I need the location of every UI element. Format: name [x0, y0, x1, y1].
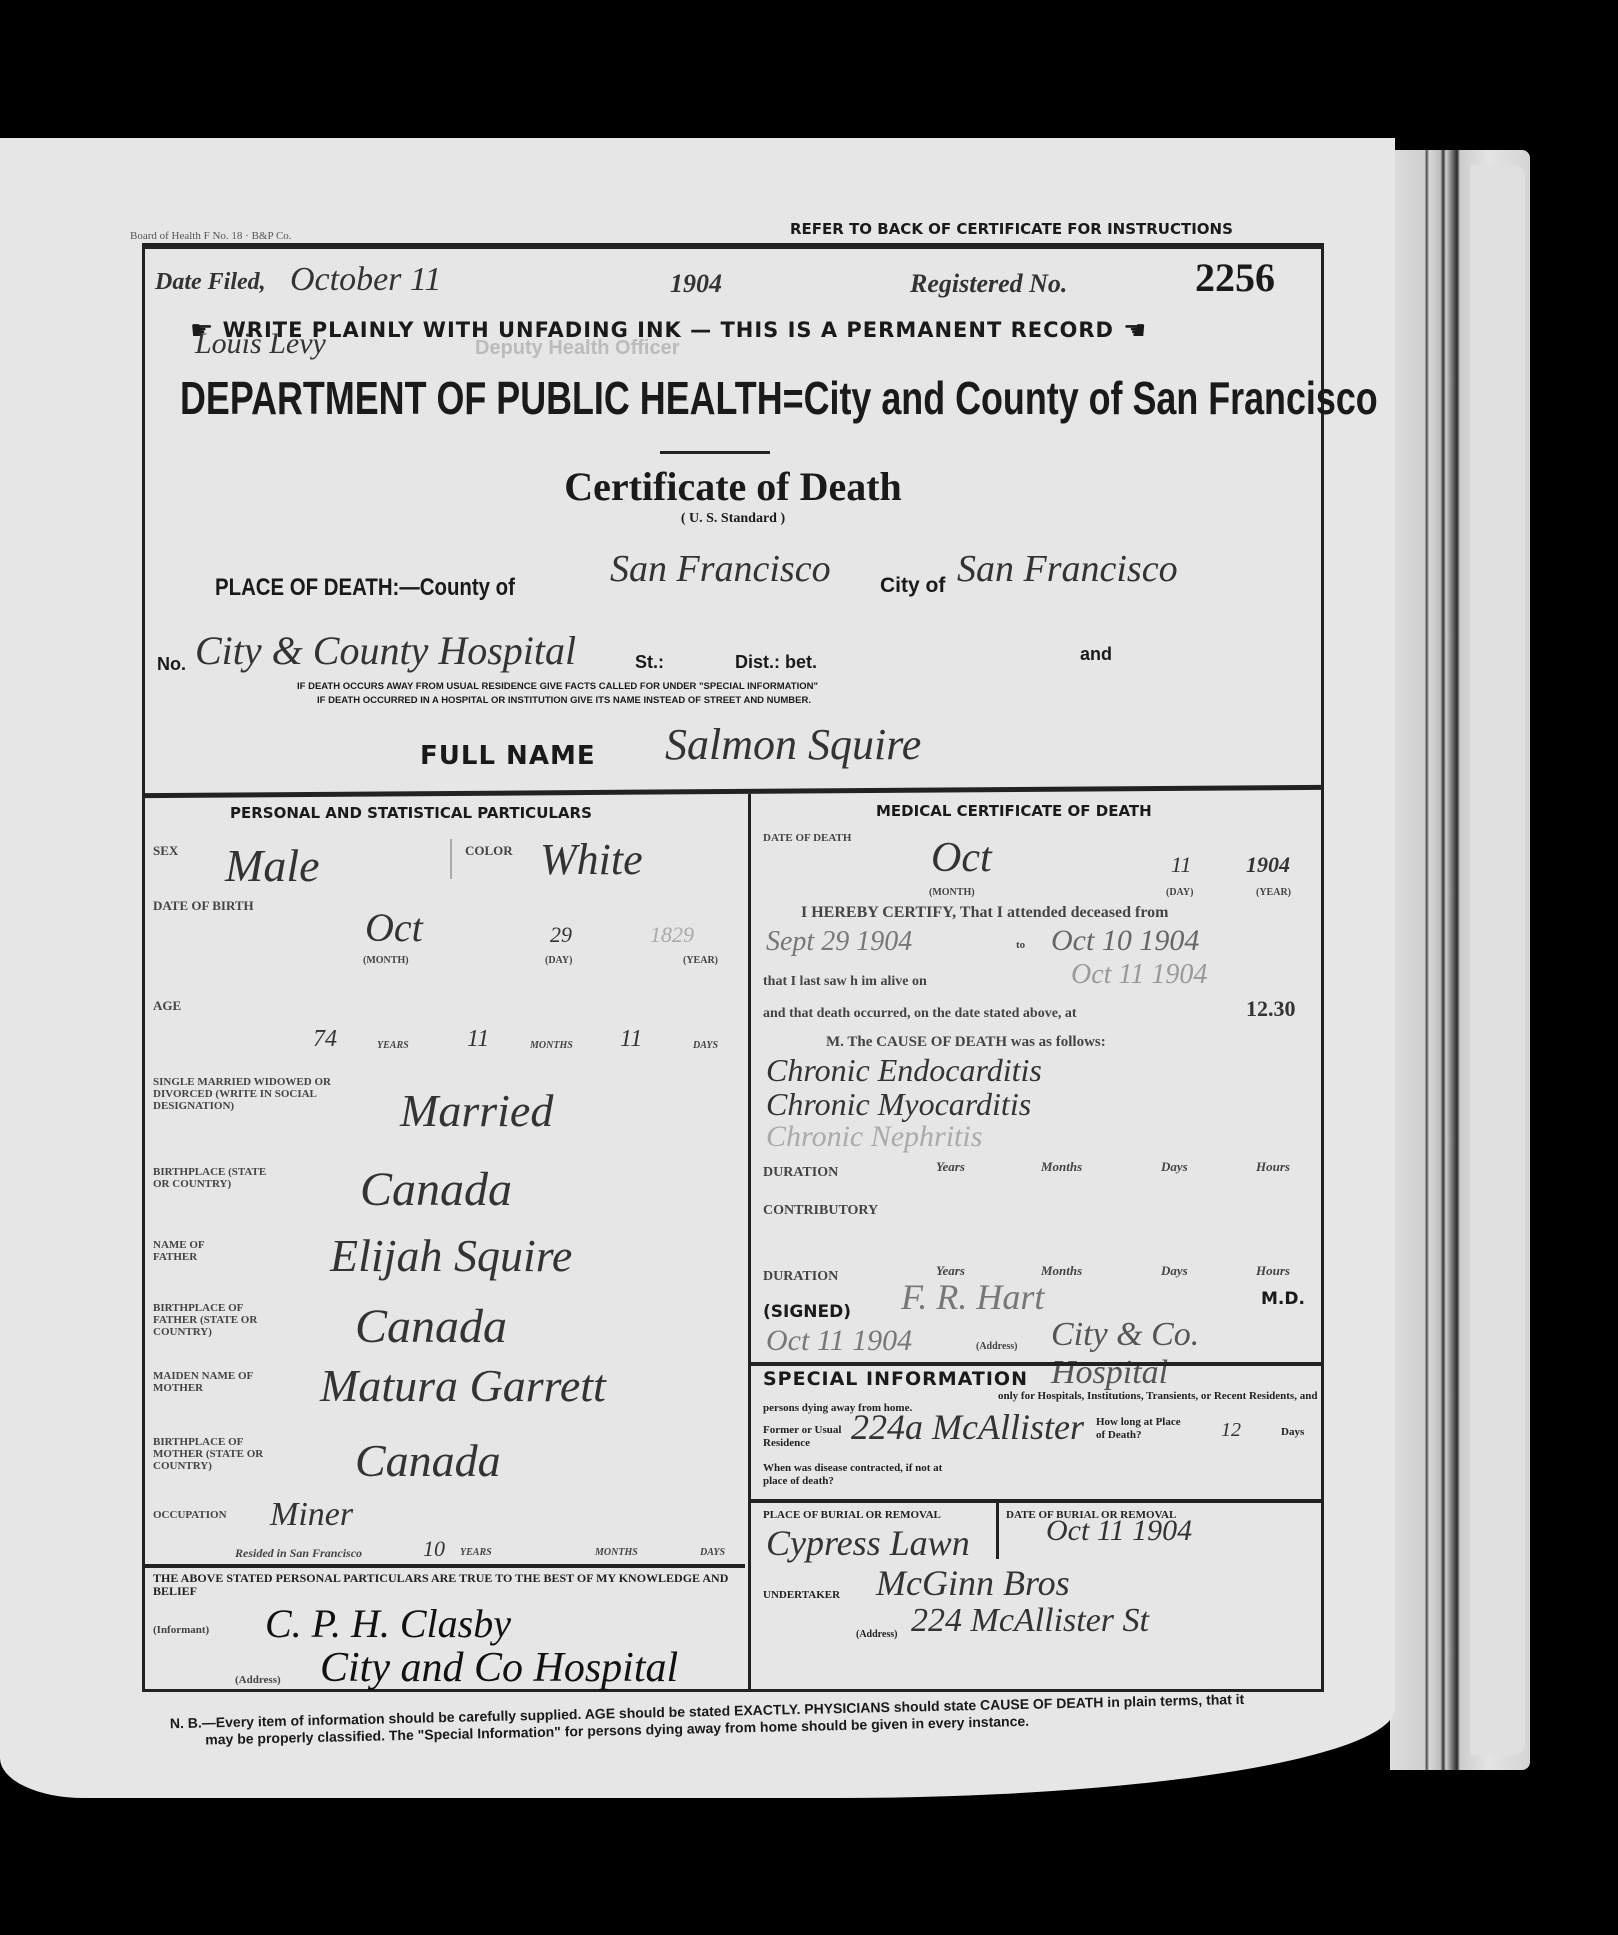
age-days: 11: [620, 1026, 642, 1053]
birthplace-label: BIRTHPLACE (State or Country): [153, 1166, 283, 1190]
mother-birthplace-value: Canada: [355, 1434, 501, 1487]
officer-signature: Louis Levy: [195, 327, 326, 361]
dod-month-label: (Month): [929, 886, 975, 899]
father-label: NAME OF FATHER: [153, 1239, 243, 1263]
father-value: Elijah Squire: [330, 1229, 572, 1282]
county-value: San Francisco: [610, 547, 831, 591]
mother-birthplace-label: BIRTHPLACE OF MOTHER (State or Country): [153, 1436, 283, 1472]
duration-label-1: DURATION: [763, 1166, 838, 1179]
attest-divider: [145, 1564, 745, 1568]
filed-year: 1904: [670, 269, 722, 299]
father-birthplace-value: Canada: [355, 1299, 507, 1354]
dob-day-label: (Day): [545, 954, 572, 967]
physician-address-label: (Address): [976, 1340, 1017, 1353]
marital-value: Married: [400, 1084, 553, 1137]
mother-value: Matura Garrett: [320, 1359, 606, 1412]
occupation-label: OCCUPATION: [153, 1509, 227, 1522]
city-label: City of: [880, 574, 945, 598]
footnote: N. B.—Every item of information should b…: [170, 1691, 1255, 1750]
date-filed-label: Date Filed,: [155, 269, 266, 296]
physician-address: City & Co. Hospital: [1051, 1316, 1324, 1392]
cause-heading: M. The CAUSE OF DEATH was as follows:: [826, 1034, 1106, 1051]
burial-divider: [751, 1499, 1324, 1503]
resided-years: 10: [423, 1536, 445, 1562]
attest-text: THE ABOVE STATED PERSONAL PARTICULARS AR…: [153, 1572, 733, 1598]
md-label: M.D.: [1261, 1289, 1305, 1309]
medical-certificate-section: MEDICAL CERTIFICATE OF DEATH DATE OF DEA…: [748, 794, 1324, 1689]
certificate-title: Certificate of Death: [145, 463, 1321, 510]
cause-3: Chronic Nephritis: [766, 1120, 982, 1154]
father-birthplace-label: BIRTHPLACE OF FATHER (State or Country): [153, 1302, 283, 1338]
personal-heading: PERSONAL AND STATISTICAL PARTICULARS: [230, 804, 592, 822]
residence-value: 224a McAllister: [851, 1406, 1084, 1448]
informant-address-value: City and Co Hospital: [320, 1644, 678, 1692]
resided-years-label: Years: [460, 1546, 492, 1559]
special-heading: SPECIAL INFORMATION: [763, 1368, 1028, 1390]
dod-label: DATE OF DEATH: [763, 832, 851, 845]
dob-year: 1829: [650, 922, 694, 948]
us-standard-label: ( U. S. Standard ): [145, 511, 1321, 527]
burial-place-label: PLACE OF BURIAL OR REMOVAL: [763, 1509, 941, 1522]
full-name-value: Salmon Squire: [665, 719, 921, 770]
date-filed-value: October 11: [290, 261, 441, 299]
and-label: and: [1080, 644, 1112, 665]
informant-label: (Informant): [153, 1624, 209, 1637]
personal-particulars-section: PERSONAL AND STATISTICAL PARTICULARS SEX…: [145, 794, 745, 1689]
city-value: San Francisco: [957, 547, 1178, 591]
death-occurred-text: and that death occurred, on the date sta…: [763, 1006, 1077, 1022]
duration-months-2: Months: [1041, 1264, 1082, 1277]
residence-label: Former or Usual Residence: [763, 1424, 853, 1450]
undertaker-address-label: (Address): [856, 1628, 897, 1641]
certify-text: I HEREBY CERTIFY, That I attended deceas…: [801, 904, 1168, 922]
how-long-value: 12: [1221, 1419, 1241, 1442]
burial-date-value: Oct 11 1904: [1046, 1514, 1192, 1548]
street-no-value: City & County Hospital: [195, 627, 576, 674]
physician-signature: F. R. Hart: [901, 1276, 1044, 1318]
duration-hours-2: Hours: [1256, 1264, 1290, 1277]
dod-month: Oct: [931, 834, 992, 882]
color-label: COLOR: [465, 844, 513, 857]
officer-title: Deputy Health Officer: [475, 337, 679, 360]
full-name-label: FULL NAME: [420, 741, 596, 771]
signed-date: Oct 11 1904: [766, 1324, 912, 1358]
age-months-label: Months: [530, 1039, 573, 1052]
death-certificate-form: Date Filed, October 11 1904 Registered N…: [142, 243, 1324, 1692]
refer-instructions: REFER TO BACK OF CERTIFICATE FOR INSTRUC…: [790, 220, 1233, 238]
sex-label: SEX: [153, 844, 178, 857]
age-years-label: Years: [377, 1039, 409, 1052]
duration-months-1: Months: [1041, 1160, 1082, 1173]
duration-years-1: Years: [936, 1160, 965, 1173]
how-long-days-label: Days: [1281, 1426, 1304, 1439]
dod-day-label: (Day): [1166, 886, 1193, 899]
dob-month: Oct: [365, 904, 423, 951]
informant-value: C. P. H. Clasby: [265, 1600, 511, 1647]
special-divider: [751, 1362, 1324, 1366]
dod-year-label: (Year): [1256, 886, 1291, 899]
certificate-page: ☛ WRITE PLAINLY WITH UNFADING INK — THIS…: [0, 138, 1395, 1798]
resided-months-label: Months: [595, 1546, 638, 1559]
sex-color-divider: [450, 839, 452, 879]
last-saw-text: that I last saw h im alive on: [763, 974, 927, 990]
marital-label: SINGLE MARRIED WIDOWED OR DIVORCED (Writ…: [153, 1076, 353, 1112]
age-months: 11: [467, 1026, 489, 1053]
duration-label-2: DURATION: [763, 1270, 838, 1283]
place-of-death-label: PLACE OF DEATH:—County of: [215, 574, 515, 602]
contributory-label: CONTRIBUTORY: [763, 1204, 878, 1217]
residence-note-2: IF DEATH OCCURRED IN A HOSPITAL OR INSTI…: [317, 695, 811, 706]
to-label: to: [1016, 939, 1025, 952]
burial-column-divider: [996, 1499, 999, 1559]
resided-days-label: Days: [700, 1546, 725, 1559]
age-days-label: Days: [693, 1039, 718, 1052]
occupation-value: Miner: [270, 1496, 353, 1534]
title-divider: [660, 451, 770, 454]
residence-note-1: IF DEATH OCCURS AWAY FROM USUAL RESIDENC…: [297, 681, 818, 692]
dob-month-label: (Month): [363, 954, 409, 967]
informant-address-label: (Address): [235, 1674, 281, 1687]
street-no-label: No.: [157, 654, 186, 675]
contracted-label: When was disease contracted, if not at p…: [763, 1462, 943, 1488]
last-saw-date: Oct 11 1904: [1071, 959, 1207, 991]
dob-label: DATE OF BIRTH: [153, 899, 254, 912]
dob-year-label: (Year): [683, 954, 718, 967]
how-long-label: How long at Place of Death?: [1096, 1416, 1186, 1442]
sex-value: Male: [225, 839, 320, 892]
mother-label: MAIDEN NAME OF MOTHER: [153, 1370, 283, 1394]
street-label: St.:: [635, 652, 664, 673]
duration-hours-1: Hours: [1256, 1160, 1290, 1173]
attended-to-date: Oct 10 1904: [1051, 924, 1199, 958]
signed-label: (SIGNED): [763, 1302, 851, 1322]
department-title: DEPARTMENT OF PUBLIC HEALTH=City and Cou…: [180, 371, 1378, 425]
death-time: 12.30: [1246, 996, 1296, 1022]
undertaker-address-value: 224 McAllister St: [911, 1602, 1149, 1640]
birthplace-value: Canada: [360, 1162, 512, 1217]
age-years: 74: [313, 1026, 337, 1053]
duration-days-1: Days: [1161, 1160, 1188, 1173]
cause-2: Chronic Myocarditis: [766, 1086, 1031, 1123]
age-label: AGE: [153, 999, 181, 1012]
undertaker-label: UNDERTAKER: [763, 1589, 840, 1602]
color-value: White: [540, 834, 643, 885]
printer-imprint: Board of Health F No. 18 · B&P Co.: [130, 230, 292, 242]
attended-from-date: Sept 29 1904: [766, 926, 912, 958]
cause-1: Chronic Endocarditis: [766, 1052, 1042, 1089]
district-label: Dist.: bet.: [735, 652, 817, 673]
book-back-page: [1470, 165, 1525, 1755]
burial-place-value: Cypress Lawn: [766, 1522, 970, 1564]
dob-day: 29: [550, 922, 572, 948]
medical-heading: MEDICAL CERTIFICATE OF DEATH: [876, 802, 1152, 820]
dod-year: 1904: [1246, 852, 1290, 878]
dod-day: 11: [1171, 852, 1191, 878]
duration-days-2: Days: [1161, 1264, 1188, 1277]
registered-label: Registered No.: [910, 269, 1067, 299]
registered-number: 2256: [1195, 254, 1275, 301]
resided-label: Resided in San Francisco: [235, 1546, 362, 1561]
undertaker-value: McGinn Bros: [876, 1562, 1070, 1604]
